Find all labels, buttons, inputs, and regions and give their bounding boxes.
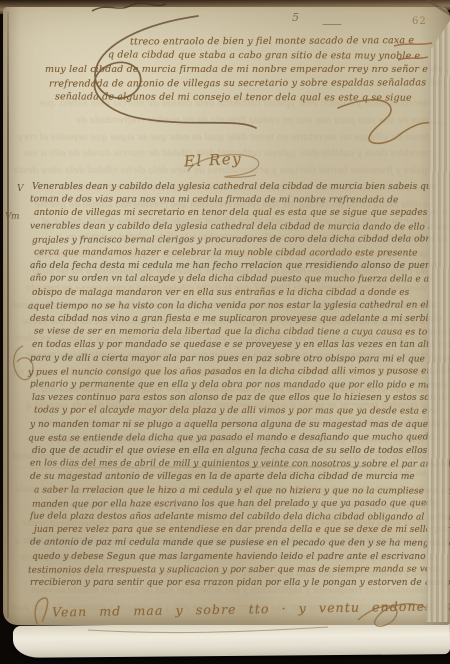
letter-line: y pues el nuncio consigo que los años pa… [28,365,440,379]
manuscript-photo: Venerables dean y cabildo dela yglesia c… [0,0,450,664]
top-numeral-mark: 5 [292,11,299,24]
margin-mark-v: V [17,184,24,194]
letter-line: manden que por ella haze escrivano los q… [32,497,440,511]
letter-line: toman de dos vias para nos vna mi cedula… [30,194,440,208]
letter-line: testimonios dela rrespuesta y suplicacio… [28,563,440,577]
letter-line: dio que de acudir el que oviese en ella … [32,445,440,458]
docket-line: muy leal cibdad de murcia firmada de mi … [35,63,439,77]
top-dash-mark: — [322,17,342,31]
letter-line: las vezes continuo para estos son alonso… [32,392,440,405]
letter-line: juan perez velez para que se entendiese … [34,524,440,537]
letter-line: obispo de malaga mandaron ver en ella su… [32,287,440,300]
closing-flourish-icon [28,592,430,636]
letter-line: de antonio de paz mi cedula mande que se… [30,537,440,551]
page-edge-right [426,8,450,622]
letter-line: en los dias del mes de abril de mill y q… [30,458,440,472]
letter-line: plenario y permanente que en ella y dela… [30,379,440,393]
letter-line: desta cibdad nos vino a gran fiesta e me… [30,313,440,326]
letter-line: para y de alli a cierta mayor ala par no… [30,352,440,366]
letter-line: año dela fecha desta mi cedula me han fe… [30,260,440,273]
letter-line: en todas ellas y por mandado se quedase … [32,339,440,352]
letter-line: año por su orden vn tal alcayde y dela d… [30,273,440,287]
letter-line: todas y por el alcayde mayor dela plaza … [34,405,440,419]
margin-mark-vm: Vm [5,212,19,222]
letter-line: a saber la rrelacion que le hizo a mi ce… [34,484,440,498]
letter-line: grajales y francisco bernal clerigos y p… [32,233,440,247]
letter-line: antonio de villegas mi secretario en ten… [34,207,440,220]
letter-line: se viese de ser en memoria dela libertad… [34,326,440,340]
letter-line: Venerables dean y cabildo dela yglesia c… [32,181,440,194]
docket-line: q dela cibdad que staba a cabo gran siti… [35,48,439,64]
letter-body: Venerables dean y cabildo dela yglesia c… [30,181,440,590]
letter-line: fue dela plaza destos años adelante mism… [30,511,440,525]
letter-line: rrecibieron y para sentir que por esa rr… [30,577,440,590]
letter-line: venerables dean y cabildo dela yglesia c… [30,220,440,234]
folio-number: 62 [412,16,427,27]
letter-line: que esta se entiende dela dicha que ya p… [28,431,440,445]
spine-fold-line [7,12,9,618]
heading-flourish-icon [178,147,270,181]
letter-line: de su magestad antonio de villegas en la… [30,471,440,484]
letter-line: aquel tiempo no se ha visto con la dicha… [28,299,440,313]
docket-line: rrefrendada de antonio de villegas su se… [35,76,439,91]
letter-line: y no manden tomar ni se plugo a aquella … [30,419,440,432]
letter-line: quedo y debese Segun que mas largamente … [32,551,440,564]
letter-line: cerca que mandamos hazer e celebrar la m… [34,246,440,260]
